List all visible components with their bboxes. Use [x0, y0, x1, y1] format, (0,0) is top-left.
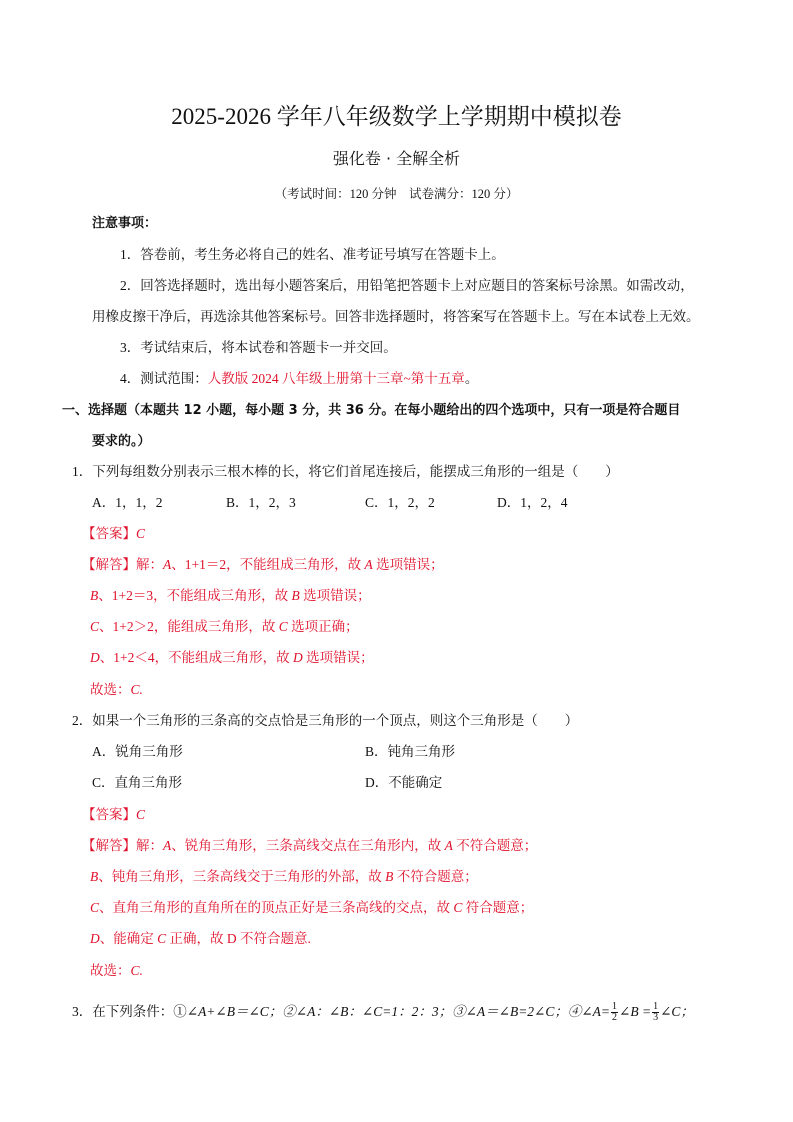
option-letter: D: [293, 650, 303, 665]
denominator: 3: [652, 1013, 659, 1023]
analysis-tail: 不符合题意；: [453, 838, 537, 853]
option-letter: B: [292, 588, 300, 603]
notice-item-1: 1．答卷前，考生务必将自己的姓名、准考证号填写在答题卡上。: [120, 245, 505, 265]
q2-option-c: C．直角三角形: [92, 773, 182, 793]
q3-tail: ∠C；: [660, 1004, 694, 1019]
analysis-label: 【解答】: [82, 557, 136, 572]
analysis-tail: 正确，故 D 不符合题意.: [166, 931, 311, 946]
option-letter: A: [163, 838, 171, 853]
notice-item-4-prefix: 4．测试范围：: [120, 371, 208, 386]
analysis-label: 【解答】: [82, 838, 136, 853]
option-letter: B: [90, 588, 98, 603]
analysis-tail: 不符合题意；: [393, 869, 477, 884]
conclusion-value: C.: [131, 963, 143, 978]
section-heading: 一、选择题（本题共 12 小题，每小题 3 分，共 36 分。在每小题给出的四个…: [62, 401, 680, 421]
q2-option-d: D．不能确定: [365, 773, 442, 793]
question-1-stem: 1．下列每组数分别表示三根木棒的长，将它们首尾连接后，能摆成三角形的一组是（ ）: [72, 462, 619, 482]
q2-analysis-a: 【解答】解：A、锐角三角形，三条高线交点在三角形内，故 A 不符合题意；: [82, 836, 537, 856]
q2-conclusion: 故选：C.: [90, 961, 143, 981]
analysis-pre: 解：: [136, 557, 163, 572]
q1-conclusion: 故选：C.: [90, 680, 143, 700]
analysis-text: 、锐角三角形，三条高线交点在三角形内，故: [171, 838, 444, 853]
denominator: 2: [611, 1013, 618, 1023]
conclusion-prefix: 故选：: [90, 963, 131, 978]
option-letter: D: [90, 650, 100, 665]
analysis-tail: 选项错误；: [300, 588, 371, 603]
analysis-text: 、钝角三角形，三条高线交于三角形的外部，故: [98, 869, 385, 884]
q1-option-c: C．1，2，2: [365, 493, 435, 513]
q1-analysis-d: D、1+2＜4，不能组成三角形，故 D 选项错误；: [90, 648, 374, 668]
notice-item-2: 2．回答选择题时，选出每小题答案后，用铅笔把答题卡上对应题目的答案标号涂黑。如需…: [120, 276, 694, 296]
option-letter: C: [157, 931, 166, 946]
q1-analysis-c: C、1+2＞2，能组成三角形，故 C 选项正确；: [90, 617, 359, 637]
analysis-text: 、1+2＞2，能组成三角形，故: [99, 619, 279, 634]
q3-prefix: 3．在下列条件：①∠: [72, 1004, 198, 1019]
section-heading-cont: 要求的。）: [92, 432, 151, 452]
q1-option-b: B．1，2，3: [226, 493, 296, 513]
analysis-text: 、1+1＝2，不能组成三角形，故: [171, 557, 364, 572]
option-letter: C: [90, 619, 99, 634]
question-3-stem: 3．在下列条件：①∠A+∠B＝∠C；②∠A：∠B：∠C=1：2：3；③∠A＝∠B…: [72, 1002, 694, 1023]
notice-heading: 注意事项：: [92, 214, 157, 234]
analysis-tail: 选项错误；: [373, 557, 444, 572]
option-letter: B: [90, 869, 98, 884]
q1-answer: 【答案】C: [82, 524, 145, 544]
analysis-tail: 选项正确；: [288, 619, 359, 634]
q1-analysis-b: B、1+2＝3，不能组成三角形，故 B 选项错误；: [90, 586, 371, 606]
answer-label: 【答案】: [82, 526, 136, 541]
notice-item-4: 4．测试范围：人教版 2024 八年级上册第十三章~第十五章。: [120, 369, 478, 389]
answer-label: 【答案】: [82, 807, 136, 822]
analysis-text: 、1+2＜4，不能组成三角形，故: [100, 650, 293, 665]
q3-conditions: A+∠B＝∠C；②∠A：∠B：∠C=1：2：3；③∠A＝∠B=2∠C；④∠A=: [198, 1004, 610, 1019]
fraction-half: 12: [611, 1002, 618, 1023]
option-letter: D: [90, 931, 100, 946]
notice-item-2-cont: 用橡皮擦干净后，再选涂其他答案标号。回答非选择题时，将答案写在答题卡上。写在本试…: [92, 307, 700, 327]
q3-mid: ∠B =: [619, 1004, 651, 1019]
answer-value: C: [136, 526, 145, 541]
exam-meta: （考试时间：120 分钟 试卷满分：120 分）: [0, 184, 793, 202]
option-letter: A: [445, 838, 453, 853]
analysis-tail: 选项错误；: [303, 650, 374, 665]
q2-option-a: A．锐角三角形: [92, 742, 183, 762]
q2-answer: 【答案】C: [82, 805, 145, 825]
notice-item-4-suffix: 。: [465, 371, 479, 386]
q1-option-a: A．1，1，2: [92, 493, 163, 513]
analysis-text: 、直角三角形的直角所在的顶点正好是三条高线的交点，故: [99, 900, 453, 915]
q1-analysis-a: 【解答】解：A、1+1＝2，不能组成三角形，故 A 选项错误；: [82, 555, 444, 575]
answer-value: C: [136, 807, 145, 822]
q2-analysis-d: D、能确定 C 正确，故 D 不符合题意.: [90, 929, 311, 949]
option-letter: A: [163, 557, 171, 572]
page-subtitle: 强化卷 · 全解全析: [0, 146, 793, 169]
conclusion-prefix: 故选：: [90, 682, 131, 697]
analysis-text: 、能确定: [100, 931, 157, 946]
option-letter: A: [365, 557, 373, 572]
option-letter: C: [90, 900, 99, 915]
notice-item-3: 3．考试结束后，将本试卷和答题卡一并交回。: [120, 338, 397, 358]
q1-option-d: D．1，2，4: [497, 493, 568, 513]
question-2-stem: 2．如果一个三角形的三条高的交点恰是三角形的一个顶点，则这个三角形是（ ）: [72, 711, 578, 731]
page-title: 2025-2026 学年八年级数学上学期期中模拟卷: [0, 98, 793, 131]
analysis-tail: 符合题意；: [462, 900, 533, 915]
conclusion-value: C.: [131, 682, 143, 697]
analysis-text: 、1+2＝3，不能组成三角形，故: [98, 588, 291, 603]
fraction-third: 13: [652, 1002, 659, 1023]
test-scope: 人教版 2024 八年级上册第十三章~第十五章: [208, 371, 465, 386]
q2-analysis-b: B、钝角三角形，三条高线交于三角形的外部，故 B 不符合题意；: [90, 867, 478, 887]
analysis-pre: 解：: [136, 838, 163, 853]
option-letter: C: [279, 619, 288, 634]
q2-analysis-c: C、直角三角形的直角所在的顶点正好是三条高线的交点，故 C 符合题意；: [90, 898, 533, 918]
q2-option-b: B．钝角三角形: [365, 742, 455, 762]
